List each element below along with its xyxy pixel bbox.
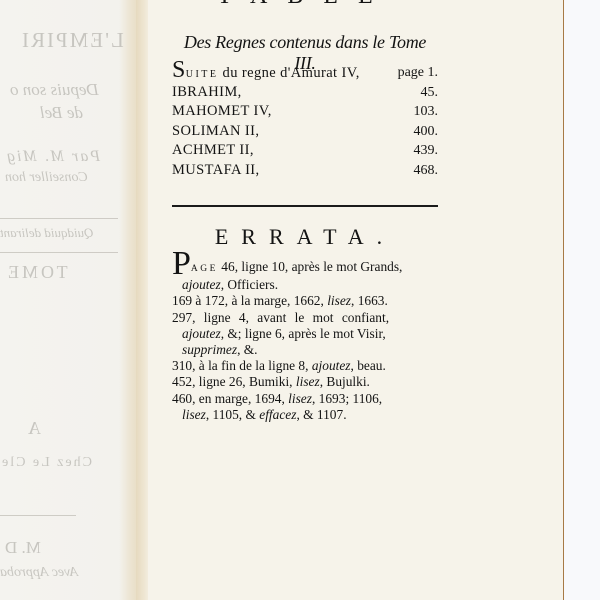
ghost-title: L'EMPIRI <box>20 28 124 53</box>
errata-line: ajoutez, Officiers. <box>172 277 438 293</box>
toc-label: SOLIMAN II, <box>172 122 259 142</box>
ghost-date: M. D <box>5 538 41 558</box>
ghost-motto: Quidquid delirant <box>0 225 94 241</box>
toc-row: SOLIMAN II, 400. <box>172 122 438 142</box>
toc-page: 439. <box>414 141 439 161</box>
toc-page: 103. <box>414 102 439 122</box>
ghost-publisher: Chez Le Cle <box>0 455 92 471</box>
errata-line: 169 à 172, à la marge, 1662, lisez, 1663… <box>172 293 438 309</box>
table-of-contents: SUITE du regne d'Amurat IV, page 1. IBRA… <box>172 63 438 180</box>
errata-line: 452, ligne 26, Bumiki, lisez, Bujulki. <box>172 374 438 390</box>
toc-label: du regne d'Amurat IV, <box>219 65 360 81</box>
toc-row: SUITE du regne d'Amurat IV, page 1. <box>172 63 438 83</box>
errata-line: lisez, 1105, & effacez, & 1107. <box>172 407 438 423</box>
toc-label: IBRAHIM, <box>172 83 242 103</box>
toc-row: IBRAHIM, 45. <box>172 83 438 103</box>
ghost-rule <box>0 218 118 219</box>
errata-line: PAGE 46, ligne 10, après le mot Grands, <box>172 254 438 277</box>
toc-page: 468. <box>414 161 439 181</box>
toc-row: MAHOMET IV, 103. <box>172 102 438 122</box>
ghost-line: Conseiller hon <box>5 170 88 186</box>
errata-line: 310, à la fin de la ligne 8, ajoutez, be… <box>172 358 438 374</box>
section-divider <box>172 205 438 207</box>
toc-row: ACHMET II, 439. <box>172 141 438 161</box>
ghost-city: A <box>28 418 41 439</box>
errata-list: PAGE 46, ligne 10, après le mot Grands, … <box>172 254 438 423</box>
ghost-rule <box>0 515 76 516</box>
drop-cap: S <box>172 57 186 83</box>
toc-page: 400. <box>414 122 439 142</box>
toc-row: MUSTAFA II, 468. <box>172 161 438 181</box>
ghost-tome: TOME <box>5 262 68 283</box>
table-heading: TABLE <box>172 0 438 10</box>
errata-line: supprimez, &. <box>172 342 438 358</box>
ghost-rule <box>0 252 118 253</box>
ghost-line: Depuis son o <box>10 80 99 100</box>
toc-label: ACHMET II, <box>172 141 254 161</box>
toc-page: 45. <box>421 83 439 103</box>
ghost-approbation: Avec Approba <box>0 565 78 581</box>
errata-line: 460, en marge, 1694, lisez, 1693; 1106, <box>172 391 438 407</box>
left-page: L'EMPIRI Depuis son o de Bel Par M. Mig … <box>0 0 140 600</box>
toc-label: MUSTAFA II, <box>172 161 260 181</box>
errata-line: ajoutez, &; ligne 6, après le mot Visir, <box>172 326 438 342</box>
toc-page: page 1. <box>398 63 438 83</box>
small-caps: AGE <box>191 264 218 274</box>
errata-line: 297, ligne 4, avant le mot confiant, <box>172 310 438 326</box>
ghost-line: de Bel <box>40 103 83 123</box>
background <box>564 0 600 600</box>
ghost-line: Par M. Mig <box>5 148 100 166</box>
small-caps: UITE <box>186 69 219 80</box>
errata-heading: ERRATA. <box>172 224 438 250</box>
toc-label: MAHOMET IV, <box>172 102 272 122</box>
